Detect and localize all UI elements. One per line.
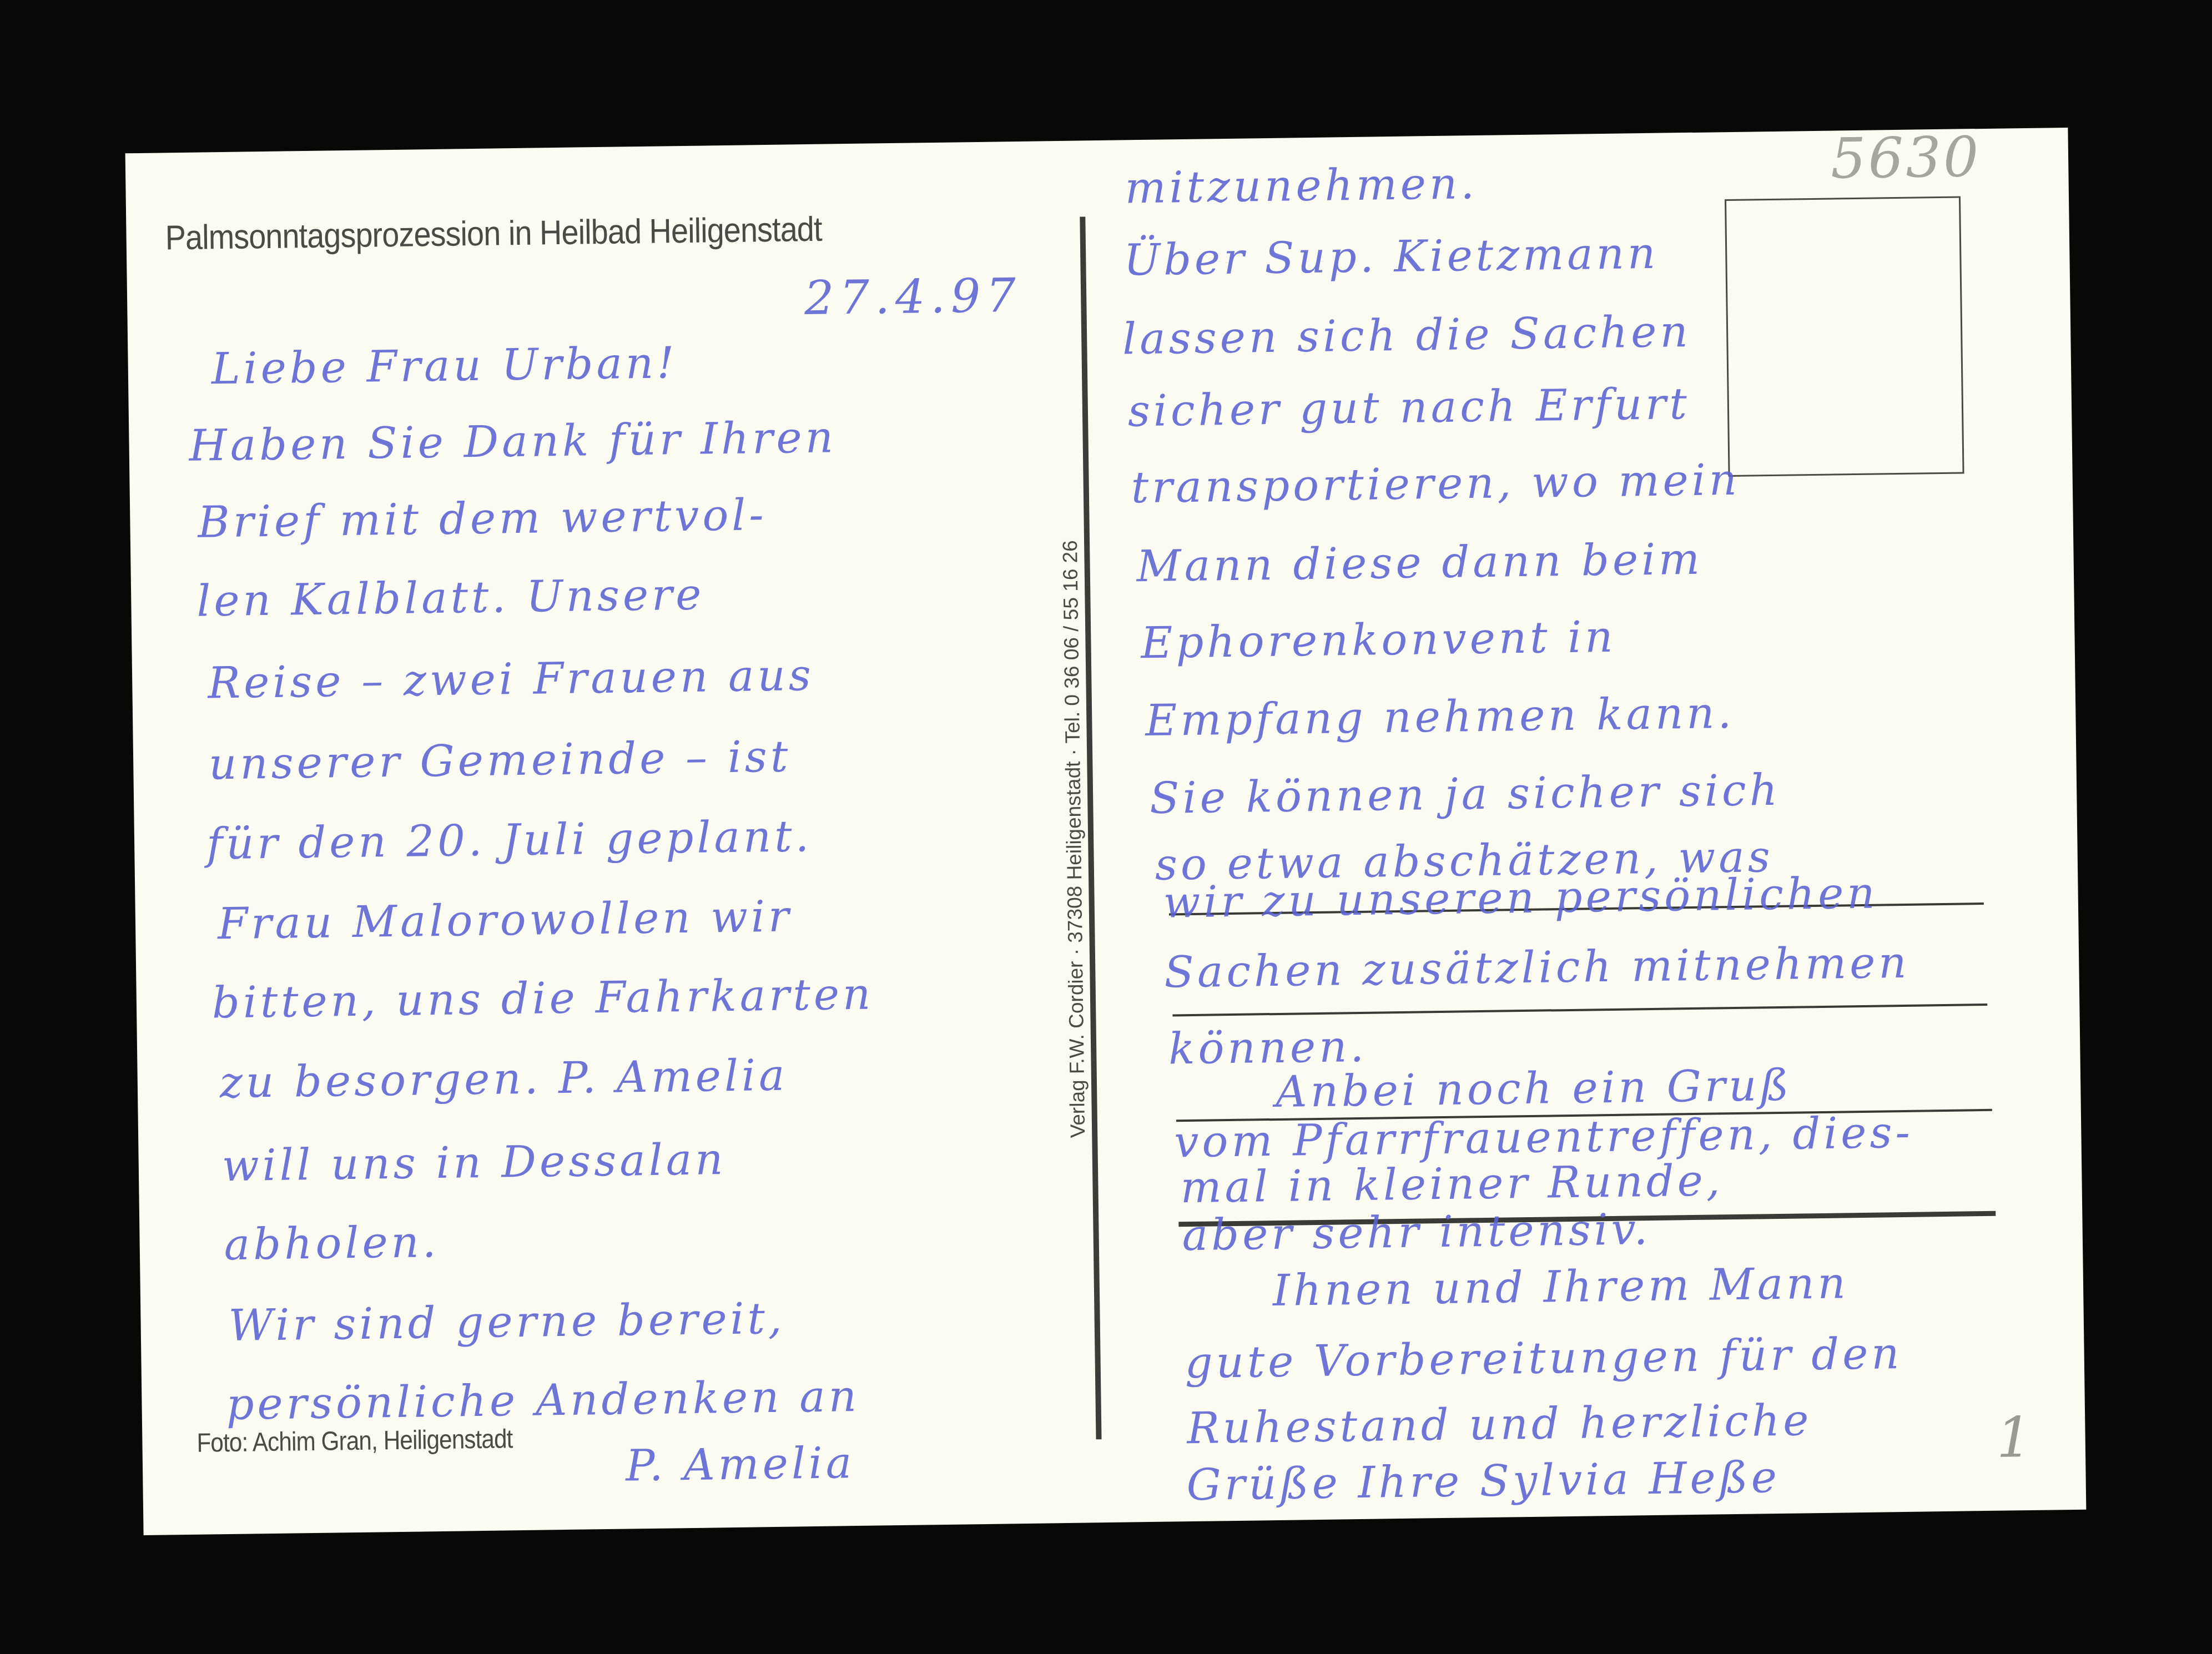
handwritten-line: Ihnen und Ihrem Mann [1272, 1262, 1849, 1313]
handwritten-line: transportieren, wo mein [1131, 458, 1740, 510]
handwritten-line: Reise – zwei Frauen aus [208, 654, 814, 705]
handwritten-line: Sachen zusätzlich mitnehmen [1164, 941, 1910, 995]
handwritten-line: Anbei noch ein Gruß [1276, 1064, 1792, 1114]
handwritten-line: mal in kleiner Runde, [1180, 1159, 1724, 1209]
handwritten-date: 27.4.97 [804, 272, 1022, 321]
postcard-title: Palmsonntagsprozession in Heilbad Heilig… [165, 210, 822, 258]
handwritten-line: Wir sind gerne bereit, [228, 1297, 785, 1348]
handwritten-line: wir zu unseren persönlichen [1163, 872, 1878, 925]
handwritten-line: lassen sich die Sachen [1122, 310, 1691, 361]
handwritten-line: abholen. [224, 1221, 440, 1267]
handwritten-line: Empfang nehmen kann. [1145, 692, 1735, 743]
handwritten-line: Haben Sie Dank für Ihren [189, 416, 837, 467]
handwritten-line: Ruhestand und herzliche [1187, 1399, 1812, 1450]
handwritten-line: aber sehr intensiv. [1182, 1208, 1651, 1257]
handwritten-line: zu besorgen. P. Amelia [219, 1054, 788, 1105]
handwritten-line: bitten, uns die Fahrkarten [211, 973, 874, 1025]
stamp-box [1725, 196, 1964, 477]
handwritten-line: Sie können ja sicher sich [1150, 769, 1781, 820]
handwritten-line: können. [1168, 1025, 1368, 1071]
handwritten-line: Frau Malorowollen wir [218, 895, 793, 946]
handwritten-line: Brief mit dem wertvol- [198, 493, 767, 544]
handwritten-signature: P. Amelia [626, 1441, 855, 1487]
handwritten-line: len Kalblatt. Unsere [196, 573, 705, 623]
handwritten-line: Mann diese dann beim [1136, 538, 1703, 589]
address-line [1172, 1004, 1987, 1016]
handwritten-line: sicher gut nach Erfurt [1127, 382, 1690, 433]
handwritten-line: unserer Gemeinde – ist [209, 735, 792, 786]
handwritten-line: vom Pfarrfrauentreffen, dies- [1174, 1111, 1913, 1164]
handwritten-line: Ephorenkonvent in [1141, 616, 1616, 665]
postcard-back: Palmsonntagsprozession in Heilbad Heilig… [125, 128, 2087, 1535]
handwritten-line: Liebe Frau Urban! [211, 341, 678, 391]
handwritten-line: mitzunehmen. [1125, 162, 1478, 210]
handwritten-line: für den 20. Juli geplant. [206, 815, 813, 866]
handwritten-line: will uns in Dessalan [221, 1138, 727, 1188]
handwritten-line: Über Sup. Kietzmann [1123, 232, 1659, 283]
handwritten-closing: Grüße Ihre Sylvia Heße [1186, 1456, 1780, 1507]
pencil-corner-mark: 1 [1996, 1405, 2032, 1470]
archive-number: 5630 [1830, 124, 1981, 191]
handwritten-line: persönliche Andenken an [226, 1375, 860, 1426]
handwritten-line: gute Vorbereitungen für den [1185, 1332, 1903, 1385]
